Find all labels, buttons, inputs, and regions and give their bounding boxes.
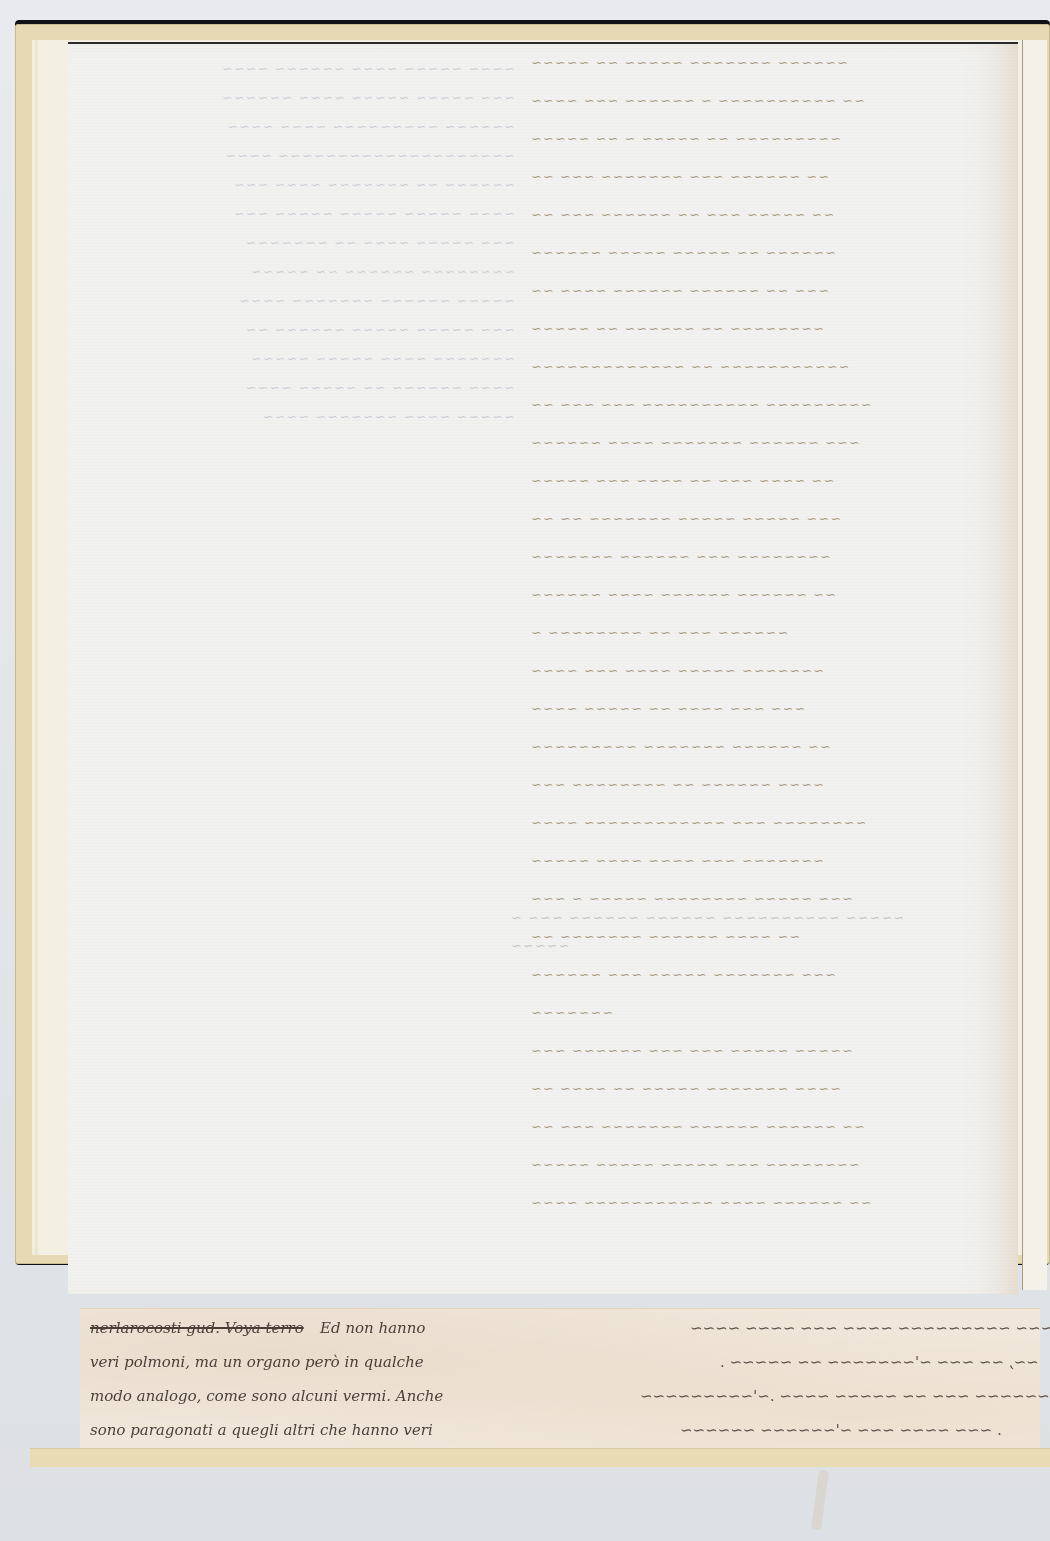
mirrored-line: ~~ ~~~~~~ ~~~~~~ ~~~~ ~~~~~~	[530, 577, 1000, 615]
mirrored-line: ~~~~~~~~~ ~~~~~~~~~~ ~~~ ~~~ ~~	[530, 387, 1000, 425]
slip-mirrored-line: ~~~~~~~ ~~~ ~~ ~~~~~ ~~~~ .~'~~~~~~~~~	[640, 1381, 1050, 1411]
mirrored-line: ~~~~~~ ~~~~~~~ ~~~~~ ~~ ~~~~~	[530, 45, 1000, 83]
mirrored-line: ~~~~~~~ ~~~~~ ~~~~ ~~~ ~~~~	[530, 653, 1000, 691]
mirrored-line: ~~~~~~~ ~~~ ~~~~ ~~~~ ~~~~~	[530, 843, 1000, 881]
mirrored-line: ~~~ ~~~~~~ ~~~~~~~ ~~~~ ~~~~~~	[530, 425, 1000, 463]
bottom-cover-edge	[30, 1448, 1050, 1467]
slip-struck-line: nerlarocosti gud. Voya terro	[90, 1313, 304, 1343]
mirrored-line: ~~~~~~~~ ~~ ~~~~~~ ~~ ~~~~~	[530, 311, 1000, 349]
slip-line: Ed non hanno	[320, 1313, 425, 1343]
faded-line: ~~~~~~~ ~~~~ ~~~~~ ~~~~~	[95, 345, 515, 374]
faded-line: ~~~~~~ ~~~~~~~~~ ~~~~ ~~~~	[95, 113, 515, 142]
mirrored-line: ~~~~ ~~~~~~ ~~ ~~~~~~~~ ~~~	[530, 767, 1000, 805]
mirrored-line: ~~ ~~~~~~~~~~ ~ ~~~~~~ ~~~ ~~~~	[530, 83, 1000, 121]
mirrored-line: ~~~~ ~~~~~~~ ~~~~~ ~~ ~~~~ ~~	[530, 1071, 1000, 1109]
faded-line: ~~~~ ~~~~~~ ~~ ~~~~~ ~~~~	[95, 374, 515, 403]
slip-line: sono paragonati a quegli altri che hanno…	[90, 1415, 433, 1445]
mirrored-line: ~~~ ~~~~~ ~~~~~ ~~~~~~~ ~~ ~~	[530, 501, 1000, 539]
mirrored-line: ~~~~~~~~~ ~~ ~~~~~ ~ ~~ ~~~~~	[530, 121, 1000, 159]
page-fold-edge	[1022, 40, 1047, 1290]
faded-line: ~~~~~ ~~~~ ~~~~~~~ ~~~~	[95, 403, 515, 432]
mirrored-line: ~~~~~~~~ ~~~ ~~~~~~~~~~~~ ~~~~	[530, 805, 1000, 843]
mirrored-line: ~~ ~~~~~ ~~~ ~~ ~~~~~~ ~~~ ~~	[530, 197, 1000, 235]
slip-line: modo analogo, come sono alcuni vermi. An…	[90, 1381, 443, 1411]
faded-line: ~~~~~~~~ ~~~~~~ ~~ ~~~~~	[95, 258, 515, 287]
mirrored-line: ~~ ~~~~~~ ~~~~~~ ~~~~~~~ ~~~ ~~	[530, 1109, 1000, 1147]
mirrored-line: ~~ ~~~~~~ ~~~~ ~~~~~~~~~~~ ~~~~	[530, 1185, 1000, 1223]
middle-margin-note: ~~~~~ ~~~~~~~~~~ ~~~~~~ ~~~~~~ ~~~ ~ ~~~…	[510, 905, 930, 961]
mirrored-line: ~~~ ~~~~~~~ ~~~~~ ~~~ ~~~~~~	[530, 957, 1000, 995]
faded-line: ~~~~~~ ~~ ~~~~~~~ ~~~~ ~~~	[95, 171, 515, 200]
mirrored-line: ~~ ~~~~ ~~~ ~~ ~~~~ ~~~ ~~~~~	[530, 463, 1000, 501]
note-line: ~~~~~	[510, 933, 930, 961]
slip-mirrored-line: ~~~ ~~~~~~~~~ ~~~~ ~~~ ~~~~ ~~~~	[690, 1313, 1050, 1343]
right-column-mirrored-text: ~~~~~~ ~~~~~~~ ~~~~~ ~~ ~~~~~ ~~ ~~~~~~~…	[530, 45, 1000, 1223]
faded-line: ~~~~~~~~~~~~~~~~~~~~ ~~~~	[95, 142, 515, 171]
mirrored-line: ~~ ~~~~~~ ~~~ ~~~~~~~ ~~~ ~~	[530, 159, 1000, 197]
note-line: ~~~~~ ~~~~~~~~~~ ~~~~~~ ~~~~~~ ~~~ ~	[510, 905, 930, 933]
attached-paper-slip: nerlarocosti gud. Voya terro Ed non hann…	[80, 1308, 1040, 1453]
mirrored-line: ~~ ~~~~~~ ~~~~~~~ ~~~~~~~~~	[530, 729, 1000, 767]
mirrored-line: ~~~~~~~	[530, 995, 1000, 1033]
faded-line: ~~~ ~~~~~ ~~~~~ ~~~~ ~~~~~~	[95, 84, 515, 113]
slip-line: veri polmoni, ma un organo però in qualc…	[90, 1347, 424, 1377]
mirrored-line: ~~~~~~~~ ~~~ ~~~~~~ ~~~~~~~	[530, 539, 1000, 577]
mirrored-line: ~~~~~~~~ ~~~ ~~~~~ ~~~~~ ~~~~~	[530, 1147, 1000, 1185]
mirrored-line: ~~~~~ ~~~~~ ~~~ ~~~ ~~~~~~ ~~~	[530, 1033, 1000, 1071]
faded-line: ~~~ ~~~~~ ~~~~ ~~ ~~~~~~~	[95, 229, 515, 258]
slip-mirrored-line: ~~, ~~ ~~~ ~'~~~~~~~ ~~ ~~~~~ .	[720, 1347, 1039, 1377]
faded-line: ~~~ ~~~~~ ~~~~~ ~~~~~~ ~~	[95, 316, 515, 345]
faded-line: ~~~~~ ~~~~~~ ~~~~~~~ ~~~~	[95, 287, 515, 316]
mirrored-line: ~~~~~~ ~~ ~~~~~ ~~~~~ ~~~~~~	[530, 235, 1000, 273]
mirrored-line: ~~~~~~~~~~~ ~~ ~~~~~~~~~~~~~	[530, 349, 1000, 387]
mirrored-line: ~~~ ~~~ ~~~~ ~~ ~~~~~ ~~~~	[530, 691, 1000, 729]
faded-line: ~~~~ ~~~~~ ~~~~ ~~~~~~ ~~~~	[95, 55, 515, 84]
slip-mirrored-line: . ~~~ ~~~~ ~~~ ~'~~~~~~ ~~~~~~	[680, 1415, 1002, 1445]
mirrored-line: ~~~ ~~ ~~~~~~ ~~~~~~ ~~~~ ~~	[530, 273, 1000, 311]
left-faded-show-through-text: ~~~~ ~~~~~ ~~~~ ~~~~~~ ~~~~ ~~~ ~~~~~ ~~…	[95, 55, 515, 432]
mirrored-line: ~~~~~~ ~~~ ~~ ~~~~~~~~ ~	[530, 615, 1000, 653]
faded-line: ~~~~ ~~~~~ ~~~~~ ~~~~~ ~~~	[95, 200, 515, 229]
